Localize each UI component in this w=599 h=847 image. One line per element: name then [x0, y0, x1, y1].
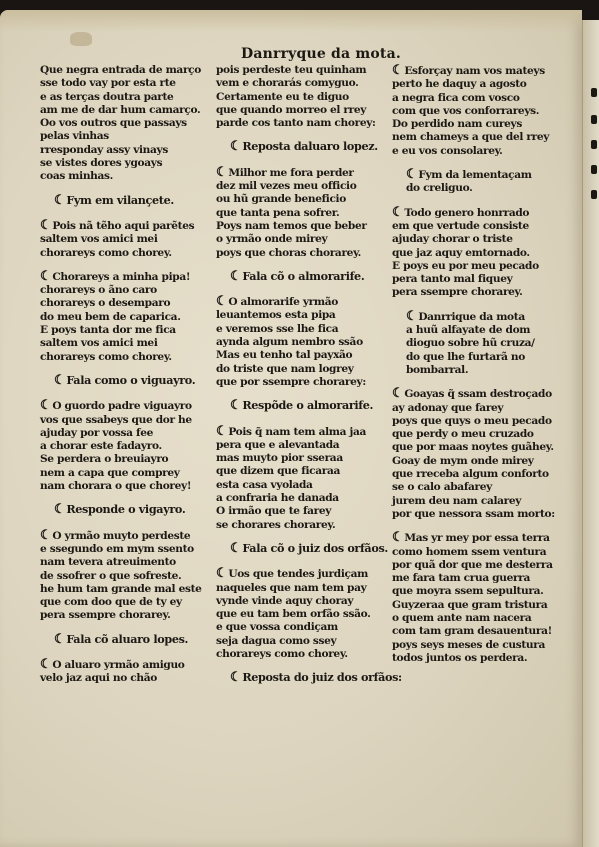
verse-line: ☾Uos que tendes jurdiçam [216, 567, 394, 581]
verse-line: do meu bem de caparica. [40, 311, 220, 324]
verse-line: parde cos tanto nam chorey: [216, 117, 394, 130]
verse-line: o quem ante nam nacera [392, 612, 572, 625]
rubric-heading: ☾Reposta daluaro lopez. [230, 140, 394, 153]
verse-line: poys que quys o meu pecado [392, 415, 572, 428]
verse-line: saltem vos amici mei [40, 337, 220, 350]
verse-line: que jaz aquy emtornado. [392, 247, 572, 260]
verse-line: a chorar este fadayro. [40, 440, 220, 453]
rubric-text: Fym da lementaçam [418, 169, 531, 181]
verse-line: ☾Pois q̃ nam tem alma jaa [216, 425, 394, 439]
verse-line: que quando morreo el rrey [216, 104, 394, 117]
text-column-2: pois perdeste teu quinham vem e chorarás… [216, 64, 394, 697]
rubric-line: bombarral. [406, 364, 572, 377]
verse-line: e as terças doutra parte [40, 91, 220, 104]
verse-line: nam tevera atreuimento [40, 556, 220, 569]
verse-line: em que vertude consiste [392, 220, 572, 233]
verse-line: que perdy o meu cruzado [392, 428, 572, 441]
rubric-heading: ☾Reposta do juiz dos orfãos: [230, 671, 394, 684]
verse-line: que com doo que de ty ey [40, 596, 220, 609]
verse-line: poys que choras chorarey. [216, 247, 394, 260]
verse-line: am me de dar hum camarço. [40, 104, 220, 117]
rubric-text: Fala cõ aluaro lopes. [66, 632, 188, 646]
verse-line: se chorares chorarey. [216, 519, 394, 532]
verse-line: Poys nam temos que beber [216, 220, 394, 233]
ink-mark [591, 190, 597, 199]
verse-line: chorareys como chorey. [40, 247, 220, 260]
verse-line: Guyzeraa que gram tristura [392, 599, 572, 612]
verse-line: ☾O guordo padre viguayro [40, 399, 220, 413]
paragraph-mark-icon: ☾ [230, 398, 241, 413]
paragraph-mark-icon: ☾ [40, 657, 51, 672]
stanza-opening: Que negra entrada de março sse todo vay … [40, 64, 220, 184]
paragraph-mark-icon: ☾ [392, 530, 403, 545]
stanza: ☾Chorareys a minha pipa! chorareys o ãno… [40, 270, 220, 364]
verse-line: a negra fica com vosco [392, 92, 572, 105]
paragraph-mark-icon: ☾ [216, 165, 227, 180]
text-column-3: ☾Esforçay nam vos mateys perto he daquy … [392, 64, 572, 675]
verse-text: Goayas q̃ ssam destroçado [404, 388, 551, 400]
verse-line: mas muyto pior sseraa [216, 452, 394, 465]
page-shadow [0, 10, 582, 32]
paragraph-mark-icon: ☾ [54, 502, 65, 517]
rubric-line: a huũ alfayate de dom [406, 324, 572, 337]
stanza: ☾Milhor me fora perder dez mil vezes meu… [216, 166, 394, 260]
verse-line: chorareys como chorey. [216, 648, 394, 661]
verse-line: chorareys o desemparo [40, 297, 220, 310]
verse-line: que eu tam bem orfão ssão. [216, 608, 394, 621]
verse-line: que rreceba algum conforto [392, 468, 572, 481]
verse-text: Mas yr mey por essa terra [404, 532, 549, 544]
verse-line: esta casa vyolada [216, 479, 394, 492]
paragraph-mark-icon: ☾ [216, 294, 227, 309]
verse-line: coas minhas. [40, 170, 220, 183]
verse-line: jurem deu nam calarey [392, 495, 572, 508]
stanza: ☾O almorarife yrmão leuantemos esta pipa… [216, 295, 394, 389]
paragraph-mark-icon: ☾ [54, 632, 65, 647]
paragraph-mark-icon: ☾ [230, 139, 241, 154]
paragraph-mark-icon: ☾ [392, 205, 403, 220]
rubric-text: Danrrique da mota [418, 311, 525, 323]
verse-line: Goay de mym onde mirey [392, 455, 572, 468]
verse-line: pera ssempre chorarey. [40, 609, 220, 622]
verse-line: ☾Pois nã tẽho aqui parẽtes [40, 219, 220, 233]
paragraph-mark-icon: ☾ [54, 373, 65, 388]
rubric-line: do creliguo. [406, 182, 572, 195]
rubric-text: Fala cõ o juiz dos orfãos. [242, 541, 388, 555]
verse-line: do triste que nam logrey [216, 363, 394, 376]
verse-line: que por maas noytes guãhey. [392, 441, 572, 454]
verse-line: nem chameys a que del rrey [392, 131, 572, 144]
verse-line: por que nessora ssam morto: [392, 508, 572, 521]
verse-line: pelas vinhas [40, 130, 220, 143]
verse-line: Oo vos outros que passays [40, 117, 220, 130]
rubric-text: Respõde o almorarife. [242, 398, 373, 412]
verse-line: e ssegundo em mym ssento [40, 543, 220, 556]
verse-line: ☾Todo genero honrrado [392, 206, 572, 220]
verse-text: Uos que tendes jurdiçam [228, 568, 368, 580]
verse-line: que tanta pena sofrer. [216, 207, 394, 220]
paragraph-mark-icon: ☾ [40, 398, 51, 413]
verse-line: pera que e alevantada [216, 439, 394, 452]
verse-line: Do perdido nam cureys [392, 118, 572, 131]
verse-line: vynde vinde aquy choray [216, 595, 394, 608]
stanza: ☾Todo genero honrrado em que vertude con… [392, 206, 572, 300]
ink-mark [591, 115, 597, 124]
verse-line: sse todo vay por esta rte [40, 77, 220, 90]
verse-text: O almorarife yrmão [228, 296, 338, 308]
verse-line: O irmão que te farey [216, 505, 394, 518]
verse-line: perto he daquy a agosto [392, 78, 572, 91]
verse-line: chorareys o ãno caro [40, 284, 220, 297]
verse-text: Esforçay nam vos mateys [404, 65, 545, 77]
verse-line: que dizem que ficaraa [216, 465, 394, 478]
verse-line: saltem vos amici mei [40, 233, 220, 246]
verse-text: O aluaro yrmão amiguo [52, 659, 184, 671]
verse-text: O guordo padre viguayro [52, 400, 191, 412]
rubric-heading: ☾Fala cõ aluaro lopes. [54, 633, 220, 646]
verse-line: a confraria he danada [216, 492, 394, 505]
paragraph-mark-icon: ☾ [230, 670, 241, 685]
stanza: ☾O yrmão muyto perdeste e ssegundo em my… [40, 529, 220, 623]
facing-page-edge [582, 20, 599, 847]
verse-line: ☾Chorareys a minha pipa! [40, 270, 220, 284]
verse-line: de ssofrer o que sofreste. [40, 570, 220, 583]
paragraph-mark-icon: ☾ [40, 218, 51, 233]
paragraph-mark-icon: ☾ [392, 63, 403, 78]
verse-line: rresponday assy vinays [40, 144, 220, 157]
rubric-heading: ☾Fym em vilançete. [54, 194, 220, 207]
rubric-text: Reposta daluaro lopez. [242, 139, 377, 153]
verse-line: nam chorara o que chorey! [40, 480, 220, 493]
stanza: ☾O aluaro yrmão amiguo velo jaz aqui no … [40, 658, 220, 686]
verse-text: Chorareys a minha pipa! [52, 271, 190, 283]
rubric-text: Reposta do juiz dos orfãos: [242, 670, 402, 684]
stanza: ☾Pois q̃ nam tem alma jaa pera que e ale… [216, 425, 394, 532]
verse-line: aynda algum nembro ssão [216, 336, 394, 349]
verse-line: pera ssempre chorarey. [392, 286, 572, 299]
rubric-text: Fym em vilançete. [66, 193, 174, 207]
rubric-text: Fala como o viguayro. [66, 373, 195, 387]
paragraph-mark-icon: ☾ [392, 386, 403, 401]
paragraph-mark-icon: ☾ [230, 269, 241, 284]
paragraph-mark-icon: ☾ [216, 566, 227, 581]
ink-mark [591, 88, 597, 97]
verse-line: que moyra ssem sepultura. [392, 585, 572, 598]
paper-stain [70, 32, 92, 46]
verse-line: Que negra entrada de março [40, 64, 220, 77]
verse-line: pera tanto mal fiquey [392, 273, 572, 286]
verse-line: como homem ssem ventura [392, 546, 572, 559]
rubric-heading: ☾Fym da lementaçam do creliguo. [406, 168, 572, 196]
verse-text: Pois q̃ nam tem alma jaa [228, 426, 366, 438]
paragraph-mark-icon: ☾ [54, 193, 65, 208]
rubric-heading: ☾Responde o vigayro. [54, 503, 220, 516]
rubric-heading: ☾Fala como o viguayro. [54, 374, 220, 387]
verse-line: ☾Esforçay nam vos mateys [392, 64, 572, 78]
text-column-1: Que negra entrada de março sse todo vay … [40, 64, 220, 696]
paragraph-mark-icon: ☾ [216, 424, 227, 439]
poem-title: ☾Danrrique da mota a huũ alfayate de dom… [406, 310, 572, 377]
rubric-heading: ☾Fala cõ o almorarife. [230, 270, 394, 283]
verse-line: ay adonay que farey [392, 402, 572, 415]
paragraph-mark-icon: ☾ [230, 541, 241, 556]
rubric-text: Responde o vigayro. [66, 502, 185, 516]
verse-line: he hum tam grande mal este [40, 583, 220, 596]
stanza: ☾Pois nã tẽho aqui parẽtes saltem vos am… [40, 219, 220, 260]
rubric-text: Fala cõ o almorarife. [242, 269, 364, 283]
verse-line: ☾O aluaro yrmão amiguo [40, 658, 220, 672]
running-head: Danrryque da mota. [241, 46, 401, 62]
verse-line: e eu vos consolarey. [392, 145, 572, 158]
paragraph-mark-icon: ☾ [40, 269, 51, 284]
stanza: ☾Esforçay nam vos mateys perto he daquy … [392, 64, 572, 158]
verse-line: todos juntos os perdera. [392, 652, 572, 665]
verse-line: E poys eu por meu pecado [392, 260, 572, 273]
ink-mark [591, 165, 597, 174]
verse-line: com que vos conforrareys. [392, 105, 572, 118]
rubric-line: ☾Fym da lementaçam [406, 168, 572, 182]
verse-line: dez mil vezes meu officio [216, 180, 394, 193]
stanza: pois perdeste teu quinham vem e chorarás… [216, 64, 394, 130]
paragraph-mark-icon: ☾ [406, 167, 417, 182]
verse-line: velo jaz aqui no chão [40, 672, 220, 685]
verse-line: ☾Mas yr mey por essa terra [392, 531, 572, 545]
verse-line: com tam gram desauentura! [392, 625, 572, 638]
paragraph-mark-icon: ☾ [40, 528, 51, 543]
verse-line: chorareys como chorey. [40, 351, 220, 364]
verse-line: ajuday por vossa fee [40, 427, 220, 440]
verse-line: ajuday chorar o triste [392, 233, 572, 246]
verse-line: poys seys meses de custura [392, 639, 572, 652]
verse-line: pois perdeste teu quinham [216, 64, 394, 77]
verse-text: O yrmão muyto perdeste [52, 530, 190, 542]
verse-line: leuantemos esta pipa [216, 309, 394, 322]
verse-line: Mas eu tenho tal payxão [216, 349, 394, 362]
verse-line: se o calo abafarey [392, 481, 572, 494]
verse-line: ☾Goayas q̃ ssam destroçado [392, 387, 572, 401]
stanza: ☾O guordo padre viguayro vos que ssabeys… [40, 399, 220, 493]
verse-text: Todo genero honrrado [404, 207, 529, 219]
ink-mark [591, 140, 597, 149]
verse-line: me fara tam crua guerra [392, 572, 572, 585]
rubric-line: ☾Danrrique da mota [406, 310, 572, 324]
verse-line: vem e chorarás comyguo. [216, 77, 394, 90]
verse-line: naqueles que nam tem pay [216, 582, 394, 595]
rubric-line: dioguo sobre hũ cruza/ [406, 337, 572, 350]
verse-line: vos que ssabeys que dor he [40, 414, 220, 427]
verse-line: e veremos sse lhe fica [216, 323, 394, 336]
verse-line: ☾O almorarife yrmão [216, 295, 394, 309]
verse-text: Pois nã tẽho aqui parẽtes [52, 220, 194, 232]
verse-line: por quã dor que me desterra [392, 559, 572, 572]
verse-line: Certamente eu te diguo [216, 91, 394, 104]
verse-line: ☾O yrmão muyto perdeste [40, 529, 220, 543]
rubric-heading: ☾Respõde o almorarife. [230, 399, 394, 412]
verse-line: ☾Milhor me fora perder [216, 166, 394, 180]
verse-line: nem a capa que comprey [40, 467, 220, 480]
verse-line: Se perdera o breuiayro [40, 453, 220, 466]
stanza: ☾Uos que tendes jurdiçam naqueles que na… [216, 567, 394, 661]
rubric-line: do que lhe furtarã no [406, 351, 572, 364]
verse-line: E poys tanta dor me fica [40, 324, 220, 337]
verse-line: o yrmão onde mirey [216, 233, 394, 246]
paragraph-mark-icon: ☾ [406, 309, 417, 324]
verse-line: que por ssempre chorarey: [216, 376, 394, 389]
stanza: ☾Mas yr mey por essa terra como homem ss… [392, 531, 572, 665]
verse-line: seja dagua como ssey [216, 635, 394, 648]
stanza: ☾Goayas q̃ ssam destroçado ay adonay que… [392, 387, 572, 521]
verse-text: Milhor me fora perder [228, 167, 353, 179]
verse-line: e que vossa condiçam [216, 621, 394, 634]
verse-line: se vistes dores ygoays [40, 157, 220, 170]
verse-line: ou hũ grande beneficio [216, 193, 394, 206]
rubric-heading: ☾Fala cõ o juiz dos orfãos. [230, 542, 394, 555]
